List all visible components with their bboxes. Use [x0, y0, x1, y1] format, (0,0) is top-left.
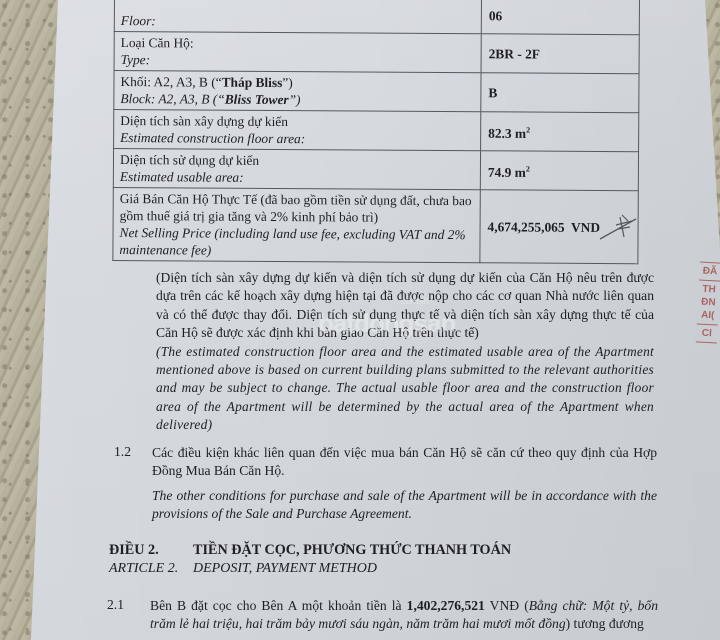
construction-area-label-vi: Diện tích sàn xây dựng dự kiến	[120, 112, 474, 131]
table-row-usable-area: Diện tích sử dụng dự kiến Estimated usab…	[113, 149, 638, 191]
section-1-2-vi: Các điều kiện khác liên quan đến việc mu…	[152, 444, 657, 481]
type-value: 2BR - 2F	[481, 34, 639, 74]
table-row-type: Loại Căn Hộ: Type: 2BR - 2F	[114, 32, 639, 74]
price-label-vi: Giá Bán Căn Hộ Thực Tế (đã bao gồm tiền …	[120, 190, 474, 226]
section-2-1-number: 2.1	[107, 597, 124, 613]
apartment-spec-table: Floor: 06 Loại Căn Hộ: Type: 2BR - 2F Kh…	[112, 0, 640, 264]
section-1-2-number: 1.2	[114, 444, 131, 460]
construction-area-value: 82.3 m2	[481, 112, 639, 152]
floor-value: 06	[481, 0, 639, 35]
type-label-vi: Loại Căn Hộ:	[121, 34, 475, 53]
watermark-logo: batdongsan.com.vn	[318, 308, 455, 339]
price-label-en: Net Selling Price (including land use fe…	[119, 224, 473, 260]
block-label-en: Block: A2, A3, B (“Bliss Tower”)	[120, 90, 474, 109]
table-row-block: Khối: A2, A3, B (“Tháp Bliss”) Block: A2…	[114, 71, 639, 113]
area-note: (Diện tích sàn xây dựng dự kiến và diện …	[156, 269, 654, 435]
section-2-1-text: Bên B đặt cọc cho Bên A một khoản tiền l…	[150, 597, 658, 634]
deposit-amount: 1,402,276,521	[407, 598, 485, 613]
type-label-en: Type:	[121, 51, 475, 70]
article-2-heading-en: ARTICLE 2.DEPOSIT, PAYMENT METHOD	[109, 561, 178, 577]
area-note-en: (The estimated construction floor area a…	[156, 343, 654, 435]
block-value: B	[481, 73, 639, 113]
usable-area-label-vi: Diện tích sử dụng dự kiến	[120, 151, 474, 170]
table-row-construction-area: Diện tích sàn xây dựng dự kiến Estimated…	[114, 110, 639, 152]
construction-area-label-en: Estimated construction floor area:	[120, 129, 474, 148]
article-2-heading-vi: ĐIỀU 2.TIỀN ĐẶT CỌC, PHƯƠNG THỨC THANH T…	[109, 542, 159, 559]
block-label-vi: Khối: A2, A3, B (“Tháp Bliss”)	[120, 73, 474, 92]
handwritten-initials	[598, 213, 640, 241]
section-1-2-en: The other conditions for purchase and sa…	[152, 487, 657, 524]
usable-area-label-en: Estimated usable area:	[120, 168, 474, 187]
table-row-floor: Floor: 06	[114, 0, 639, 35]
table-row-price: Giá Bán Căn Hộ Thực Tế (đã bao gồm tiền …	[113, 187, 638, 263]
floor-label-en: Floor:	[121, 13, 156, 28]
usable-area-value: 74.9 m2	[480, 151, 638, 191]
